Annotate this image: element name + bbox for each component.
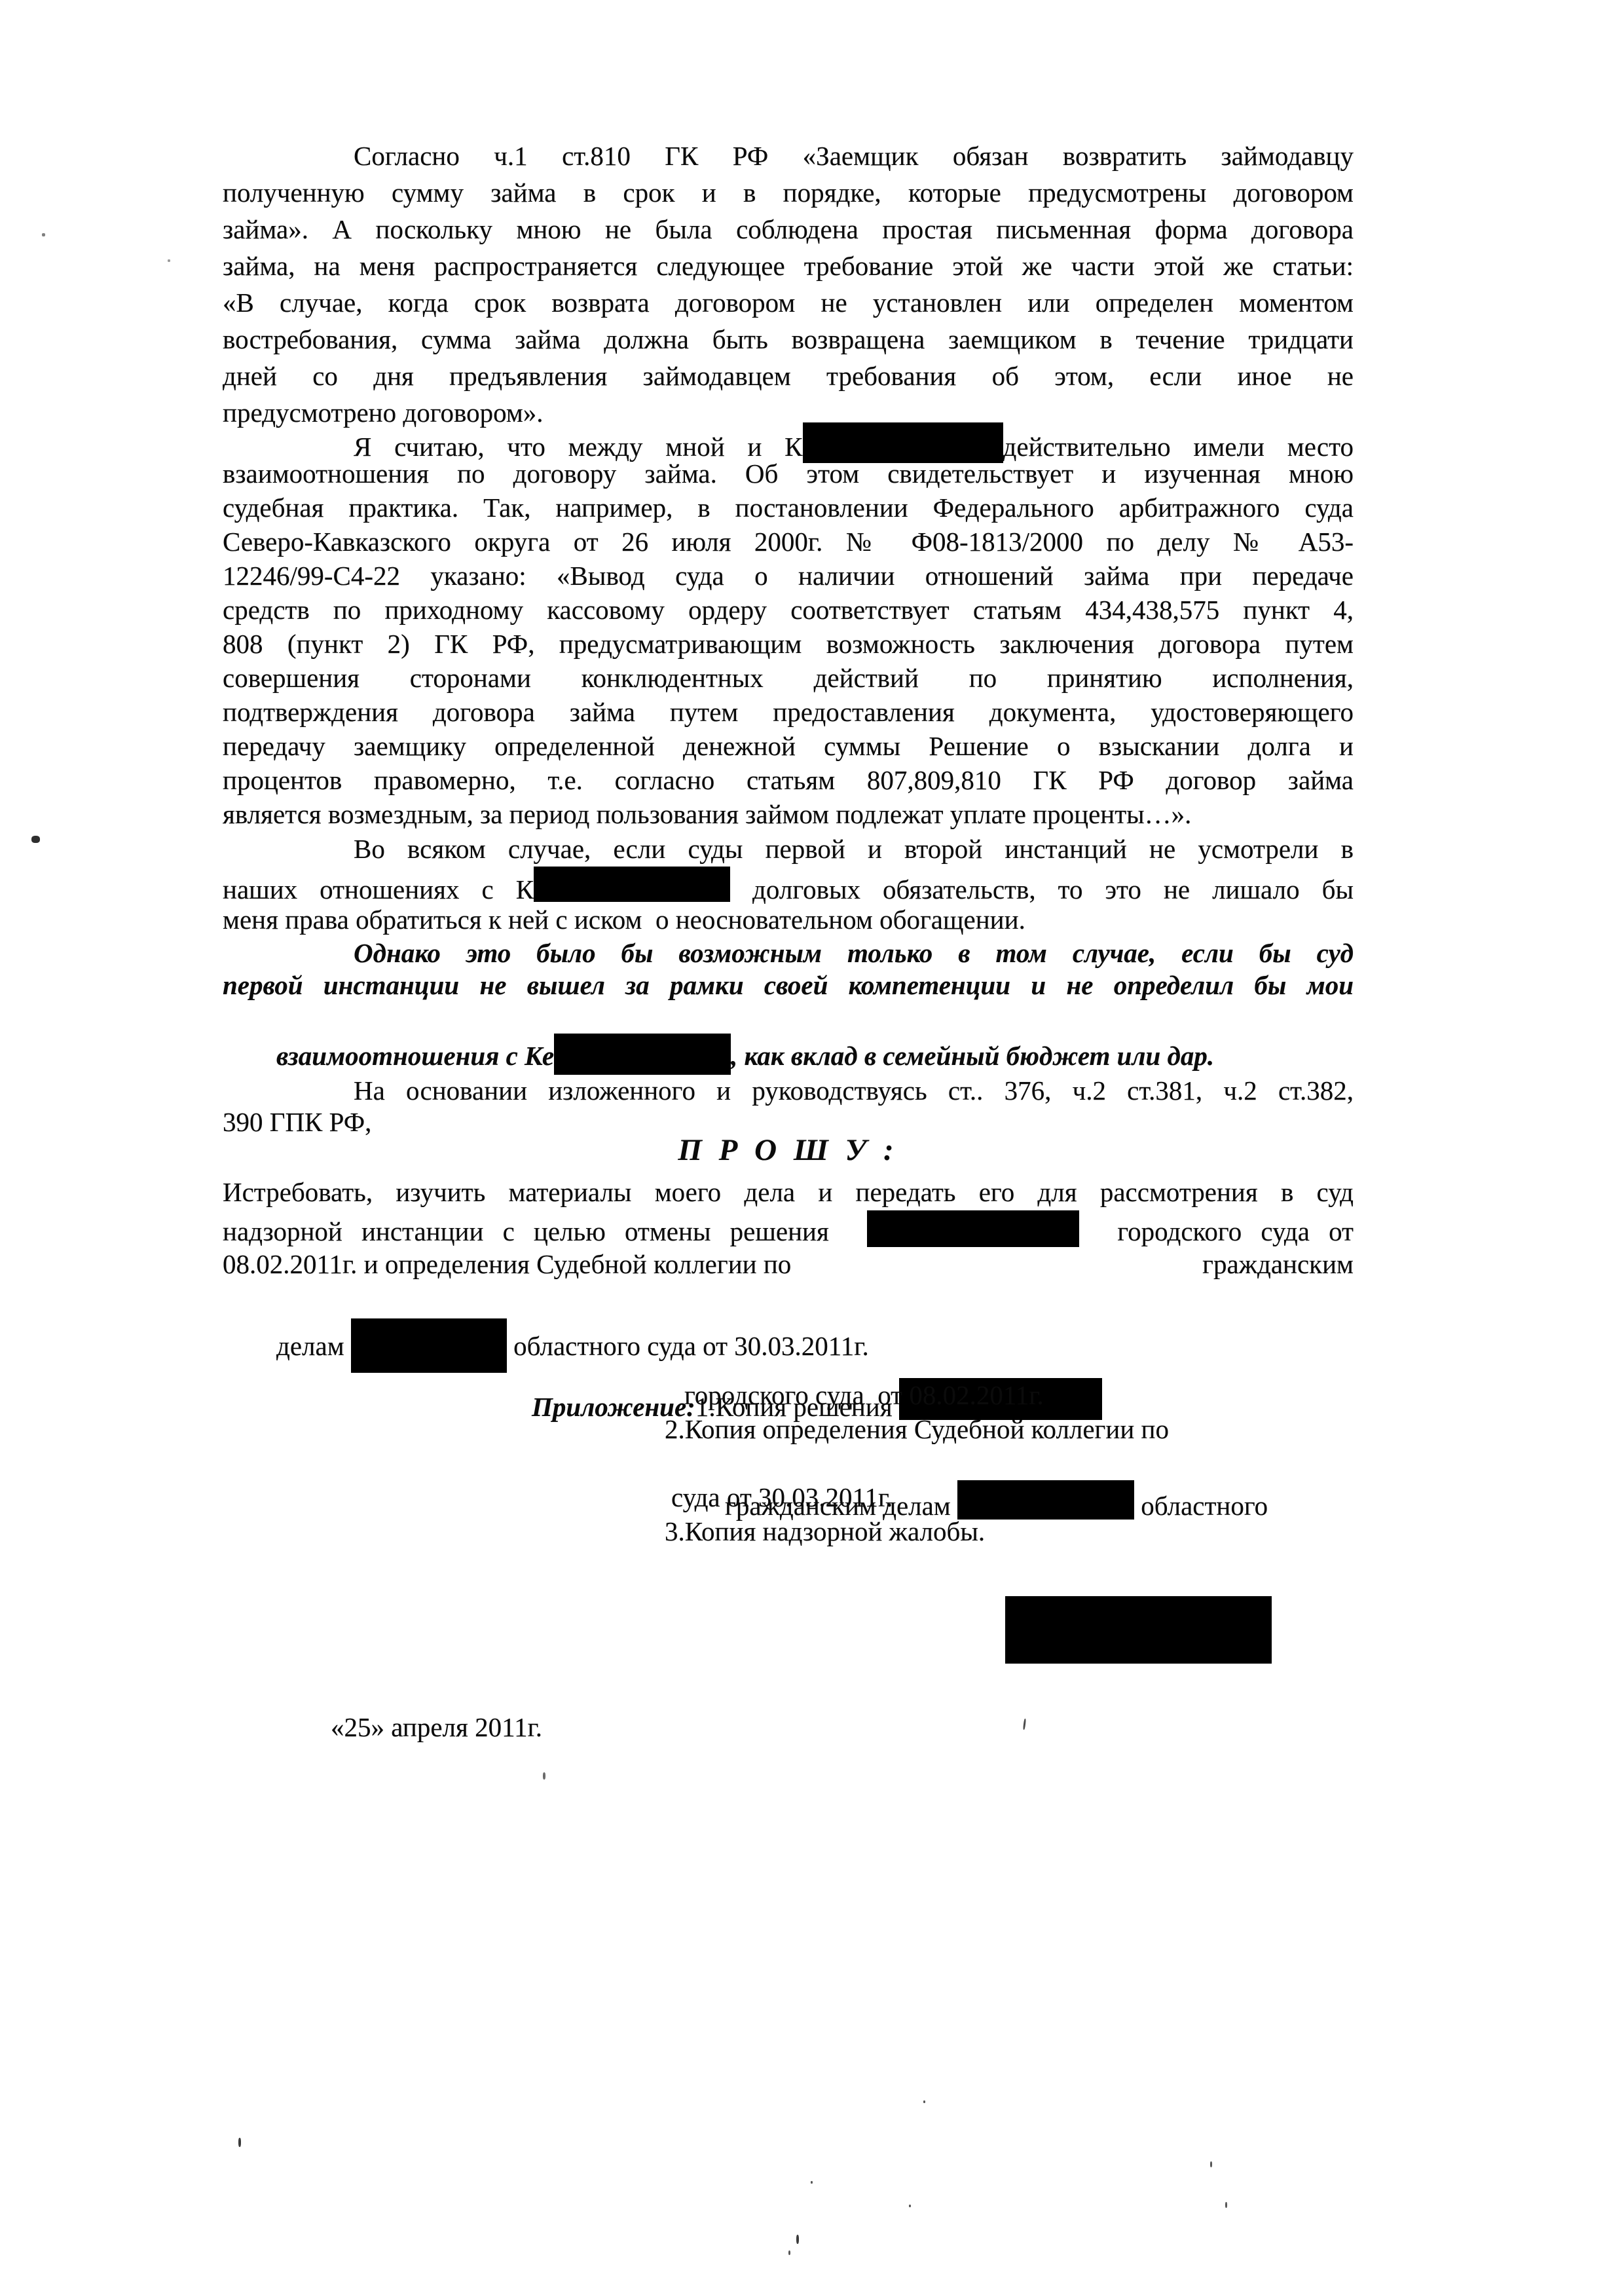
text-line: 08.02.2011г. и определения Судебной колл… [223,1246,1354,1282]
text-column: Согласно ч.1 ст.810 ГК РФ «Заемщик обяза… [223,0,1354,2295]
scan-artifact [923,2100,925,2103]
attachment-item-2-continued: гражданским делам областного [671,1446,1354,1480]
text-line: 808 (пункт 2) ГК РФ, предусматривающим в… [223,627,1354,661]
text-line: Северо-Кавказского округа от 26 июля 200… [223,525,1354,559]
text-line: подтверждения договора займа путем предо… [223,695,1354,729]
paragraph-request-body: Истребовать, изучить материалы моего дел… [223,1174,1354,1318]
text-line: совершения сторонами конклюдентных дейст… [223,661,1354,695]
text-line: «В случае, когда срок возврата договором… [223,284,1354,321]
text-line: меня права обратиться к ней с иском о не… [223,902,1354,937]
text-line: надзорной инстанции с целью отмены решен… [223,1210,1354,1246]
paragraph-unjust-enrichment: Во всяком случае, если суды первой и вто… [223,831,1354,937]
text-line: дней со дня предъявления займодавцем тре… [223,358,1354,394]
scan-artifact [543,1772,545,1780]
text-line: Однако это было бы возможным только в то… [223,937,1354,969]
text-line: займа». А поскольку мною не была соблюде… [223,211,1354,248]
scanned-document-page: Согласно ч.1 ст.810 ГК РФ «Заемщик обяза… [0,0,1624,2295]
text-line: делам областного суда от 30.03.2011г. [223,1282,1354,1318]
scan-artifact [42,233,45,236]
text-line: средств по приходному кассовому ордеру с… [223,593,1354,627]
text-segment: надзорной инстанции с целью отмены решен… [223,1216,848,1246]
text-segment: взаимоотношения с Ке [276,1041,554,1071]
text-segment: , как вклад в семейный бюджет или дар. [731,1041,1214,1071]
text-segment: городского суда от [1098,1216,1354,1246]
scan-artifact [788,2250,790,2255]
scan-artifact [238,2138,241,2147]
text-line: первой инстанции не вышел за рамки своей… [223,969,1354,1001]
attachment-item-1: Приложение:1.Копия решения [478,1344,1354,1378]
request-heading: П Р О Ш У : [223,1132,1354,1168]
paragraph-emphasis-bold-italic: Однако это было бы возможным только в то… [223,937,1354,1034]
text-segment: долговых обязательств, то это не лишало … [730,874,1354,905]
signature-redaction-box [1005,1596,1272,1664]
text-line: Я считаю, что между мной и Кдействительн… [223,422,1354,457]
date-line: «25» апреля 2011г. [331,1711,542,1744]
redaction-box-name-3 [554,1034,731,1075]
paragraph-law-citation: Согласно ч.1 ст.810 ГК РФ «Заемщик обяза… [223,138,1354,431]
text-line: наших отношениях с К долговых обязательс… [223,867,1354,902]
scan-artifact [31,836,40,843]
text-line: востребования, сумма займа должна быть в… [223,321,1354,358]
scan-artifact [168,259,170,262]
text-line: процентов правомерно, т.е. согласно стат… [223,763,1354,797]
text-segment: наших отношениях с К [223,874,534,905]
text-segment: 08.02.2011г. и определения Судебной колл… [223,1246,791,1282]
text-line: Согласно ч.1 ст.810 ГК РФ «Заемщик обяза… [223,138,1354,174]
text-line: займа, на меня распространяется следующе… [223,248,1354,284]
redaction-box-court-name [867,1210,1079,1247]
text-line: взаимоотношения по договору займа. Об эт… [223,457,1354,491]
scan-artifact [1210,2161,1212,2167]
attachment-item-2: 2.Копия определения Судебной коллегии по [665,1412,1354,1446]
scan-artifact [811,2181,813,2184]
paragraph-loan-relations: Я считаю, что между мной и Кдействительн… [223,422,1354,831]
text-line: Во всяком случае, если суды первой и вто… [223,831,1354,867]
redaction-box-name-2 [534,867,730,902]
attachment-item-1-continued: городского суда от 08.02.2011г. [684,1378,1354,1412]
text-segment: областного [1134,1491,1268,1521]
attachments-section: Приложение:1.Копия решения городского су… [223,1344,1354,1548]
text-line: полученную сумму займа в срок и в порядк… [223,174,1354,211]
scan-artifact [796,2235,799,2244]
text-line: судебная практика. Так, например, в пост… [223,491,1354,525]
text-line: передачу заемщику определенной денежной … [223,729,1354,763]
text-line: На основании изложенного и руководствуяс… [223,1075,1354,1106]
redaction-box-region-name-2 [957,1480,1134,1520]
text-line: взаимоотношения с Ке, как вклад в семейн… [223,1001,1354,1034]
text-line: Истребовать, изучить материалы моего дел… [223,1174,1354,1210]
scan-artifact [909,2205,911,2207]
text-segment: гражданским [1202,1246,1354,1282]
paragraph-legal-basis: На основании изложенного и руководствуяс… [223,1075,1354,1138]
text-line: является возмездным, за период пользован… [223,797,1354,831]
text-line: 12246/99-С4-22 указано: «Вывод суда о на… [223,559,1354,593]
scan-artifact [1225,2202,1227,2208]
